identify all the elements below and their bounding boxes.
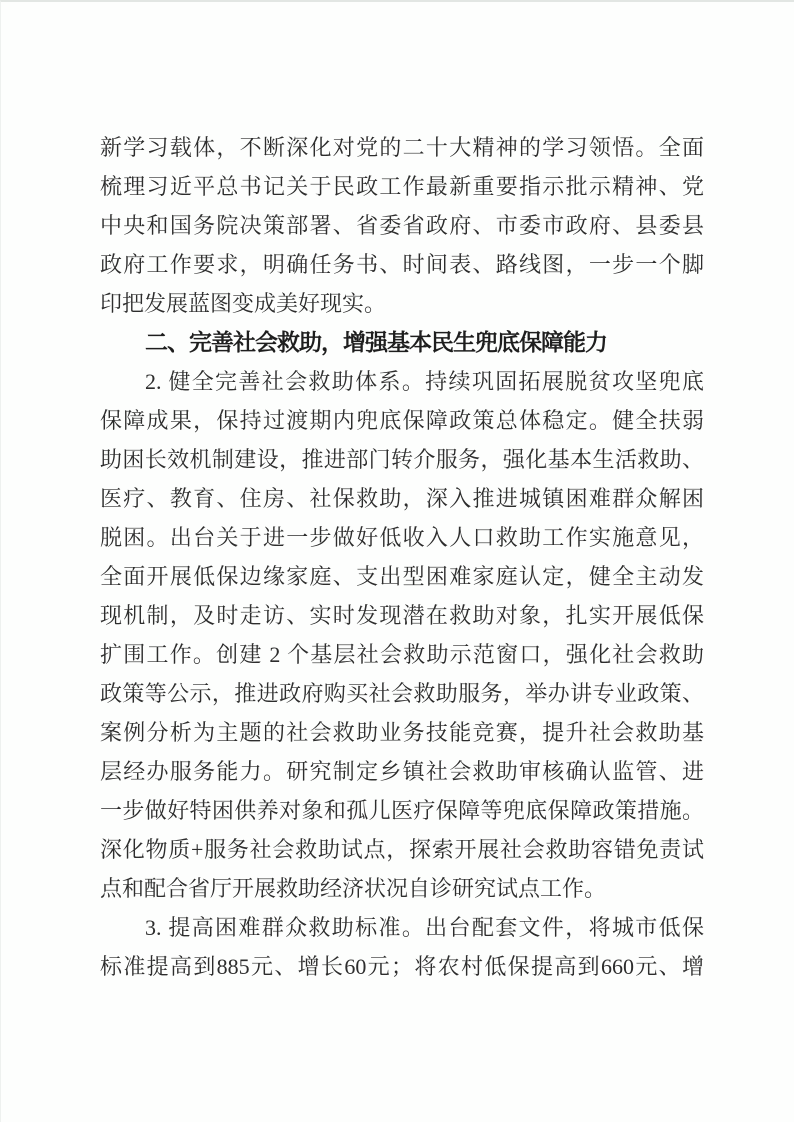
text-line: 政策等公示，推进政府购买社会救助服务，举办讲专业政策、 — [100, 674, 704, 713]
text-line: 梳理习近平总书记关于民政工作最新重要指示批示精神、党 — [100, 167, 704, 206]
text-line: 一步做好特困供养对象和孤儿医疗保障等兜底保障政策措施。 — [100, 791, 704, 830]
text-line: 医疗、教育、住房、社保救助，深入推进城镇困难群众解困 — [100, 479, 704, 518]
text-line: 标准提高到885元、增长60元；将农村低保提高到660元、增 — [100, 947, 704, 986]
text-line: 脱困。出台关于进一步做好低收入人口救助工作实施意见， — [100, 518, 704, 557]
section-heading: 二、完善社会救助，增强基本民生兜底保障能力 — [100, 323, 704, 362]
text-line: 新学习载体，不断深化对党的二十大精神的学习领悟。全面 — [100, 128, 704, 167]
text-line: 保障成果，保持过渡期内兜底保障政策总体稳定。健全扶弱 — [100, 401, 704, 440]
text-line: 层经办服务能力。研究制定乡镇社会救助审核确认监管、进 — [100, 752, 704, 791]
text-line: 全面开展低保边缘家庭、支出型困难家庭认定，健全主动发 — [100, 557, 704, 596]
text-line: 现机制，及时走访、实时发现潜在救助对象，扎实开展低保 — [100, 596, 704, 635]
document-page: 新学习载体，不断深化对党的二十大精神的学习领悟。全面梳理习近平总书记关于民政工作… — [0, 0, 794, 1122]
text-line: 2. 健全完善社会救助体系。持续巩固拓展脱贫攻坚兜底 — [100, 362, 704, 401]
document-content: 新学习载体，不断深化对党的二十大精神的学习领悟。全面梳理习近平总书记关于民政工作… — [100, 128, 704, 986]
text-line: 3. 提高困难群众救助标准。出台配套文件，将城市低保 — [100, 908, 704, 947]
text-line: 扩围工作。创建 2 个基层社会救助示范窗口，强化社会救助 — [100, 635, 704, 674]
text-line: 印把发展蓝图变成美好现实。 — [100, 284, 704, 323]
text-line: 案例分析为主题的社会救助业务技能竞赛，提升社会救助基 — [100, 713, 704, 752]
text-line: 深化物质+服务社会救助试点，探索开展社会救助容错免责试 — [100, 830, 704, 869]
text-line: 中央和国务院决策部署、省委省政府、市委市政府、县委县 — [100, 206, 704, 245]
text-line: 政府工作要求，明确任务书、时间表、路线图，一步一个脚 — [100, 245, 704, 284]
text-line: 点和配合省厅开展救助经济状况自诊研究试点工作。 — [100, 869, 704, 908]
text-line: 助困长效机制建设，推进部门转介服务，强化基本生活救助、 — [100, 440, 704, 479]
